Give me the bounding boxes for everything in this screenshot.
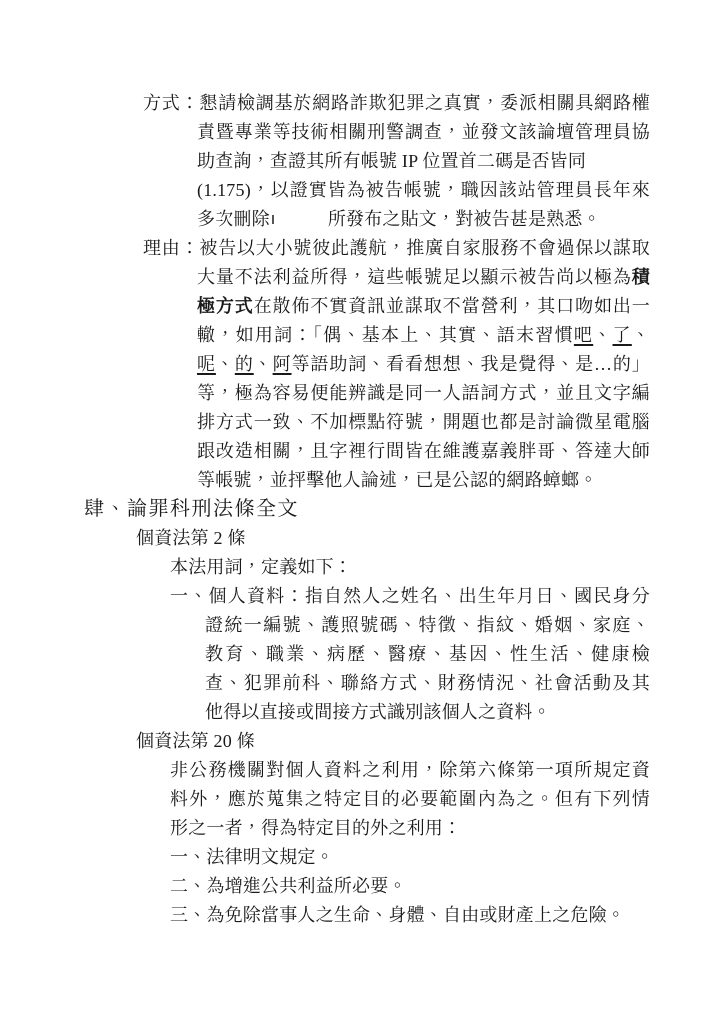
document-line: 一、個人資料：指自然人之姓名、出生年月日、國民身分 (170, 582, 650, 611)
document-line: 大量不法利益所得，這些帳號足以顯示被告尚以極為積 (197, 263, 650, 292)
document-line: 三、為免除當事人之生命、身體、自由或財產上之危險。 (170, 901, 650, 930)
document-line: 證統一編號、護照號碼、特徵、指紋、婚姻、家庭、 (205, 611, 650, 640)
document-line: 查、犯罪前科、聯絡方式、財務情況、社會活動及其 (205, 669, 650, 698)
document-line: 等帳號，並抨擊他人論述，已是公認的網路蟑螂。 (197, 466, 650, 495)
text-segment: 個資法第 2 條 (136, 528, 246, 548)
text-segment: 方式： (143, 93, 199, 113)
text-segment: 、 (632, 325, 650, 345)
text-segment: 一、法律明文規定。 (170, 847, 334, 867)
document-line: 教育、職業、病歷、醫療、基因、性生活、健康檢 (205, 640, 650, 669)
text-segment: 排方式一致、不加標點符號，開題也都是討論微星電腦 (197, 412, 650, 432)
document-line: 方式：懇請檢調基於網路詐欺犯罪之真實，委派相關具網路權 (143, 89, 650, 118)
document-line: 責暨專業等技術相關刑警調查，並發文該論壇管理員協 (197, 118, 650, 147)
text-segment: 非公務機關對個人資料之利用，除第六條第一項所規定資 (170, 760, 650, 780)
text-segment: 、 (216, 354, 235, 374)
text-segment: 大量不法利益所得，這些帳號足以顯示被告尚以極為 (197, 267, 632, 287)
text-segment: 查、犯罪前科、聯絡方式、財務情況、社會活動及其 (205, 673, 650, 693)
text-segment: 個資法第 20 條 (136, 731, 255, 751)
underlined-text-segment: 阿 (273, 354, 292, 374)
text-segment: 跟改造相關，且字裡行間皆在維護嘉義胖哥、答達大師 (197, 441, 650, 461)
document-line: 形之一者，得為特定目的外之利用： (170, 814, 650, 843)
document-line: 轍，如用詞：「偶、基本上、其實、語末習慣吧、了、 (197, 321, 650, 350)
document-line: 本法用詞，定義如下： (170, 553, 650, 582)
document-line: 排方式一致、不加標點符號，開題也都是討論微星電腦 (197, 408, 650, 437)
text-segment: 懇請檢調基於網路詐欺犯罪之真實，委派相關具網路權 (199, 93, 650, 113)
text-segment: 一、個人資料：指自然人之姓名、出生年月日、國民身分 (170, 586, 650, 606)
bold-text-segment: 極方式 (197, 296, 254, 316)
text-segment: 料外，應於蒐集之特定目的必要範圍內為之。但有下列情 (170, 789, 650, 809)
section-heading: 肆、論罪科刑法條全文 (84, 495, 720, 524)
text-segment: 責暨專業等技術相關刑警調查，並發文該論壇管理員協 (197, 122, 650, 142)
text-segment: 等語助詞、看看想想、我是覺得、是…的」 (292, 354, 650, 374)
text-segment: 、 (593, 325, 612, 345)
text-segment: 等帳號，並抨擊他人論述，已是公認的網路蟑螂。 (197, 470, 597, 490)
document-line: (1.175)，以證實皆為被告帳號，職因該站管理員長年來 (197, 176, 650, 205)
document-line: 極方式在散佈不實資訊並謀取不當營利，其口吻如出一 (197, 292, 650, 321)
document-line: 助查詢，查證其所有帳號 IP 位置首二碼是否皆同 (197, 147, 650, 176)
text-segment: 教育、職業、病歷、醫療、基因、性生活、健康檢 (205, 644, 650, 664)
text-segment: 轍，如用詞：「偶、基本上、其實、語末習慣 (197, 325, 574, 345)
text-segment: 被告以大小號彼此護航，推廣自家服務不會過保以謀取 (199, 238, 650, 258)
text-segment: 三、為免除當事人之生命、身體、自由或財產上之危險。 (170, 905, 625, 925)
document-line: 一、法律明文規定。 (170, 843, 650, 872)
document-line: 個資法第 2 條 (136, 524, 720, 553)
document-line: 等，極為容易便能辨識是同一人語詞方式，並且文字編 (197, 379, 650, 408)
document-line: 理由：被告以大小號彼此護航，推廣自家服務不會過保以謀取 (143, 234, 650, 263)
text-segment: 肆、論罪科刑法條全文 (84, 498, 299, 520)
text-segment: 、 (254, 354, 273, 374)
document-line: 多次刪除所發布之貼文，對被告甚是熟悉。 (197, 205, 650, 234)
document-line: 個資法第 20 條 (136, 727, 720, 756)
text-segment: 所發布之貼文，對被告甚是熟悉。 (328, 209, 601, 229)
underlined-text-segment: 吧 (574, 325, 593, 345)
text-segment: 多次刪除 (197, 209, 270, 229)
document-line: 跟改造相關，且字裡行間皆在維護嘉義胖哥、答達大師 (197, 437, 650, 466)
text-segment: 證統一編號、護照號碼、特徵、指紋、婚姻、家庭、 (205, 615, 650, 635)
text-segment: 理由： (143, 238, 199, 258)
text-segment: 等，極為容易便能辨識是同一人語詞方式，並且文字編 (197, 383, 650, 403)
document-line: 二、為增進公共利益所必要。 (170, 872, 650, 901)
document-line: 呢、的、阿等語助詞、看看想想、我是覺得、是…的」 (197, 350, 650, 379)
text-segment: 助查詢，查證其所有帳號 IP 位置首二碼是否皆同 (197, 151, 586, 171)
text-segment: 在散佈不實資訊並謀取不當營利，其口吻如出一 (254, 296, 650, 316)
document-line: 料外，應於蒐集之特定目的必要範圍內為之。但有下列情 (170, 785, 650, 814)
bold-text-segment: 積 (632, 267, 650, 287)
document-line: 他得以直接或間接方式識別該個人之資料。 (205, 698, 650, 727)
text-segment: 二、為增進公共利益所必要。 (170, 876, 407, 896)
text-segment: 他得以直接或間接方式識別該個人之資料。 (205, 702, 551, 722)
document-page: 方式：懇請檢調基於網路詐欺犯罪之真實，委派相關具網路權責暨專業等技術相關刑警調查… (0, 0, 720, 1018)
text-segment: 本法用詞，定義如下： (170, 557, 352, 577)
underlined-text-segment: 了 (613, 325, 632, 345)
underlined-text-segment: 的 (235, 354, 254, 374)
text-segment: (1.175)，以證實皆為被告帳號，職因該站管理員長年來 (197, 180, 650, 200)
document-line: 非公務機關對個人資料之利用，除第六條第一項所規定資 (170, 756, 650, 785)
underlined-text-segment: 呢 (197, 354, 216, 374)
redaction-gap (270, 213, 328, 225)
text-segment: 形之一者，得為特定目的外之利用： (170, 818, 461, 838)
